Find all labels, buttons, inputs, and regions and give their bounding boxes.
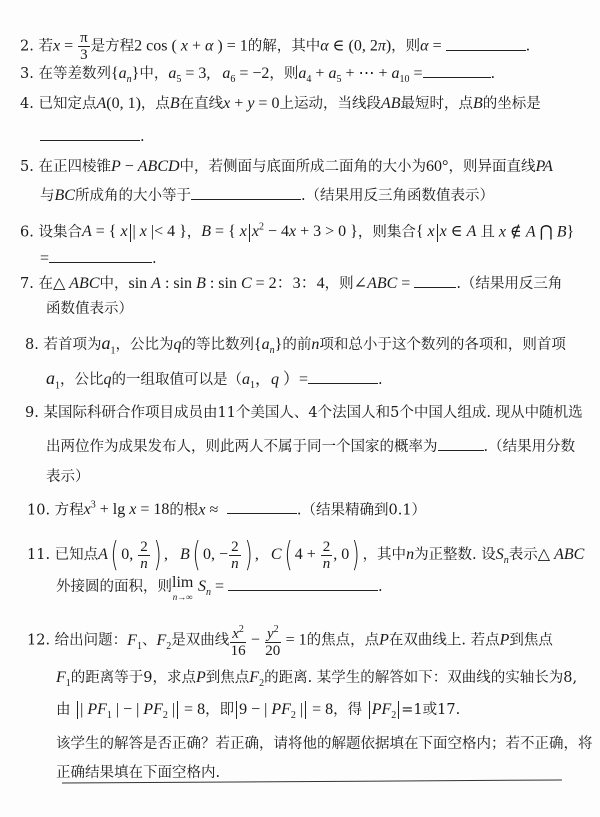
question-7: 7. 在△ ABC中，sin A : sin B : sin C = 2：3：4… [20,273,562,294]
question-9-cont2: 表示） [46,467,90,487]
question-5-cont: 与BC所成角的大小等于.（结果用反三角函数值表示） [40,185,494,206]
question-2: 2. 若x = π3是方程2 cos ( x + α ) = 1的解，其中α ∈… [20,30,530,63]
question-3: 3. 在等差数列{an}中，a5 = 3, a6 = −2，则a4 + a5 +… [20,63,495,90]
answer-blank[interactable] [227,499,297,514]
answer-blank[interactable] [423,63,491,78]
answer-blank[interactable] [191,185,301,200]
question-11-cont: 外接圆的面积，则limn→∞ Sn = . [56,576,383,604]
question-12-cont1: F1的距离等于9，求点P到焦点F2的距离. 某学生的解答如下：双曲线的实轴长为8… [56,668,577,694]
question-number: 2. [20,39,34,55]
question-12-cont3: 该学生的解答是否正确？若正确，请将他的解题依据填在下面空格内；若不正确，将 [56,734,593,754]
answer-blank[interactable] [414,273,456,288]
question-7-cont: 函数值表示） [46,299,133,319]
question-9-cont: 出两位作为成果发布人，则此两人不属于同一个国家的概率为.（结果用分数 [46,436,575,457]
answer-blank[interactable] [49,248,152,263]
answer-blank[interactable] [446,36,526,51]
question-6: 6. 设集合A = { x| x |< 4 }，B = { xx2 − 4x +… [20,218,574,242]
question-5: 5. 在正四棱锥P − ABCD中，若侧面与底面所成二面角的大小为60°，则异面… [20,157,553,177]
question-12-cont4: 正确结果填在下面空格内. [56,763,220,783]
question-8: 8. 若首项为a1，公比为q的等比数列{an}的前n项和总小于这个数列的各项和，… [25,333,566,362]
limit-expression: limn→∞ [172,576,193,604]
answer-blank[interactable] [438,436,484,451]
question-11: 11. 已知点A(0, 2n), B(0, −2n), C(4 + 2n, 0)… [27,535,584,581]
question-12: 12. 给出问题：F1、F2是双曲线x216 − y220 = 1的焦点，点P在… [27,622,553,665]
question-4-answer-line: . [40,126,145,147]
question-10: 10. 方程x3 + lg x = 18的根x ≈ .（结果精确到0.1） [27,496,426,520]
fraction: π3 [78,30,90,63]
question-8-cont: a1，公比q的一组取值可以是（a1，q ）=. [46,368,383,397]
answer-blank[interactable] [40,126,140,141]
question-6-answer-line: =. [40,248,157,269]
answer-blank[interactable] [308,369,378,384]
question-9: 9. 某国际科研合作项目成员由11个美国人、4个法国人和5个中国人组成. 现从中… [25,403,583,423]
exam-page: 2. 若x = π3是方程2 cos ( x + α ) = 1的解，其中α ∈… [0,0,600,817]
answer-blank[interactable] [228,576,378,591]
question-4: 4. 已知定点A(0, 1)，点B在直线x + y = 0上运动，当线段AB最短… [20,94,541,114]
question-12-cont2: 由 | PF1 | − | PF2 | = 8，即9 − | PF2 | = 8… [56,700,460,726]
